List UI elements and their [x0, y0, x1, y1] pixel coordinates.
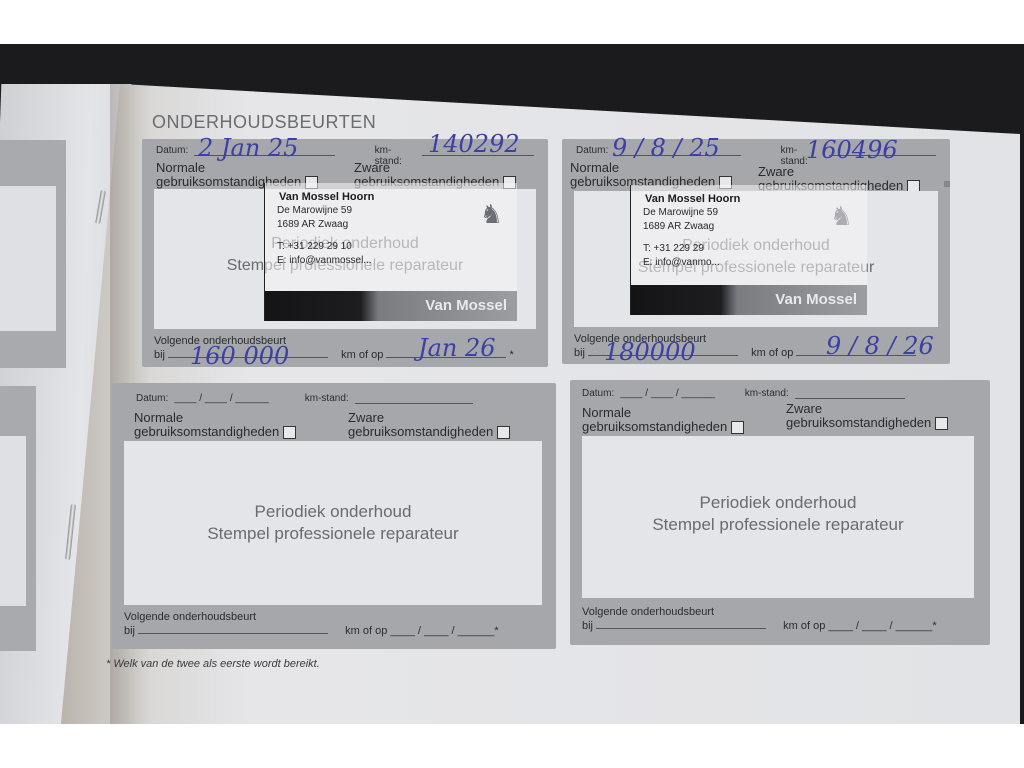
stamp-street: De Marowijne 59	[277, 205, 352, 216]
next-service-row: Volgende onderhoudsbeurt bij km of op __…	[124, 611, 544, 637]
stamp-area: Periodiek onderhoud Stempel professionel…	[574, 191, 938, 327]
handwritten-next-km-2: 180000	[604, 338, 696, 366]
stamp-dealer-name: Van Mossel Hoorn	[279, 191, 374, 203]
page-title: ONDERHOUDSBEURTEN	[152, 112, 376, 133]
km-label: km-stand:	[305, 393, 349, 404]
stamp-phone: T: +31 229 29	[643, 243, 704, 254]
next-date-field[interactable]: ____ / ____ / ______	[828, 620, 932, 632]
date-km-row: Datum: ____ / ____ / ______ km-stand:	[582, 388, 976, 399]
heavy-checkbox[interactable]	[497, 426, 510, 439]
next-date-field[interactable]: ____ / ____ / ______	[390, 625, 494, 637]
dealer-stamp: Van Mossel Hoorn De Marowijne 59 1689 AR…	[264, 183, 517, 321]
heavy-conditions: Zware gebruiksomstandigheden	[786, 402, 948, 430]
footnote: * Welk van de twee als eerste wordt bere…	[106, 658, 320, 670]
service-entry-3: Datum: ____ / ____ / ______ km-stand: No…	[112, 383, 556, 649]
service-entry-4: Datum: ____ / ____ / ______ km-stand: No…	[570, 380, 990, 645]
peugeot-lion-icon: ♞	[830, 201, 853, 232]
next-km-field[interactable]	[596, 618, 766, 629]
left-page-form-bottom	[0, 386, 36, 651]
stamp-area: Periodiek onderhoud Stempel professionel…	[154, 189, 536, 329]
km-label: km-stand:	[745, 388, 789, 399]
date-field[interactable]: ____ / ____ / ______	[620, 388, 715, 399]
normal-conditions: Normale gebruiksomstandigheden	[582, 406, 744, 434]
handwritten-next-date-2: 9 / 8 / 26	[826, 332, 934, 360]
handwritten-next-date-1: Jan 26	[418, 334, 496, 362]
stamp-city: 1689 AR Zwaag	[277, 219, 348, 230]
stamp-email: E: info@vanmo...	[643, 257, 720, 268]
stamp-street: De Marowijne 59	[643, 207, 718, 218]
km-field[interactable]	[355, 393, 473, 404]
stamp-area-label: Periodiek onderhoud Stempel professionel…	[582, 492, 974, 536]
heavy-checkbox[interactable]	[935, 417, 948, 430]
stamp-city: 1689 AR Zwaag	[643, 221, 714, 232]
handwritten-date-1: 2 Jan 25	[198, 134, 298, 162]
date-field[interactable]: ____ / ____ / ______	[174, 393, 269, 404]
stamp-phone: T: +31 229 29 10	[277, 241, 352, 252]
date-label: Datum:	[582, 388, 614, 399]
stamp-area: Periodiek onderhoud Stempel professionel…	[582, 436, 974, 598]
stamp-area-label: Periodiek onderhoud Stempel professionel…	[124, 501, 542, 545]
stamp-area: Periodiek onderhoud Stempel professionel…	[124, 441, 542, 605]
stamp-dealer-name: Van Mossel Hoorn	[645, 193, 740, 205]
date-label: Datum:	[136, 393, 168, 404]
normal-checkbox[interactable]	[731, 421, 744, 434]
page-marker	[944, 181, 950, 187]
stamp-email: E: info@vanmossel...	[277, 255, 372, 266]
handwritten-date-2: 9 / 8 / 25	[612, 134, 720, 162]
stamp-brand-bar: Van Mossel	[265, 291, 517, 321]
dealer-stamp: Van Mossel Hoorn De Marowijne 59 1689 AR…	[630, 185, 867, 315]
left-page-form-top	[0, 140, 66, 368]
service-entry-2: Datum: km-stand: Normale gebruiksomstand…	[562, 139, 950, 364]
handwritten-km-2: 160496	[806, 136, 898, 164]
next-service-row: Volgende onderhoudsbeurt bij km of op __…	[582, 606, 978, 632]
normal-checkbox[interactable]	[283, 426, 296, 439]
heavy-conditions: Zware gebruiksomstandigheden	[348, 411, 510, 439]
stamp-brand-bar: Van Mossel	[631, 285, 867, 315]
next-km-field[interactable]	[138, 623, 328, 634]
km-field[interactable]	[795, 388, 905, 399]
normal-conditions: Normale gebruiksomstandigheden	[134, 411, 296, 439]
handwritten-km-1: 140292	[428, 130, 520, 158]
date-km-row: Datum: ____ / ____ / ______ km-stand:	[136, 393, 542, 404]
service-entry-1: Datum: km-stand: Normale gebruiksomstand…	[142, 139, 548, 367]
handwritten-next-km-1: 160 000	[190, 342, 289, 370]
peugeot-lion-icon: ♞	[480, 199, 503, 230]
